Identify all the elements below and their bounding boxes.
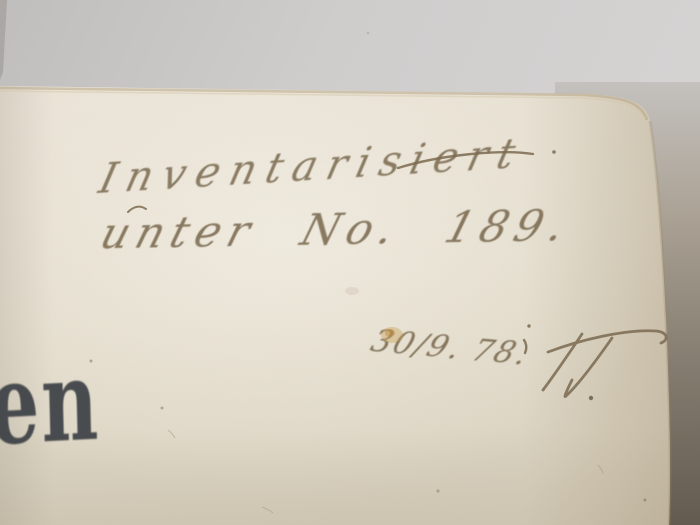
page-and-background [0,0,700,525]
handwritten-line-2: unter No. 189. [95,201,578,259]
photo-book-flyleaf: Inventarisiert unter No. 189. 30/9. 78. … [0,0,700,525]
printed-text-fragment: en [0,337,101,472]
